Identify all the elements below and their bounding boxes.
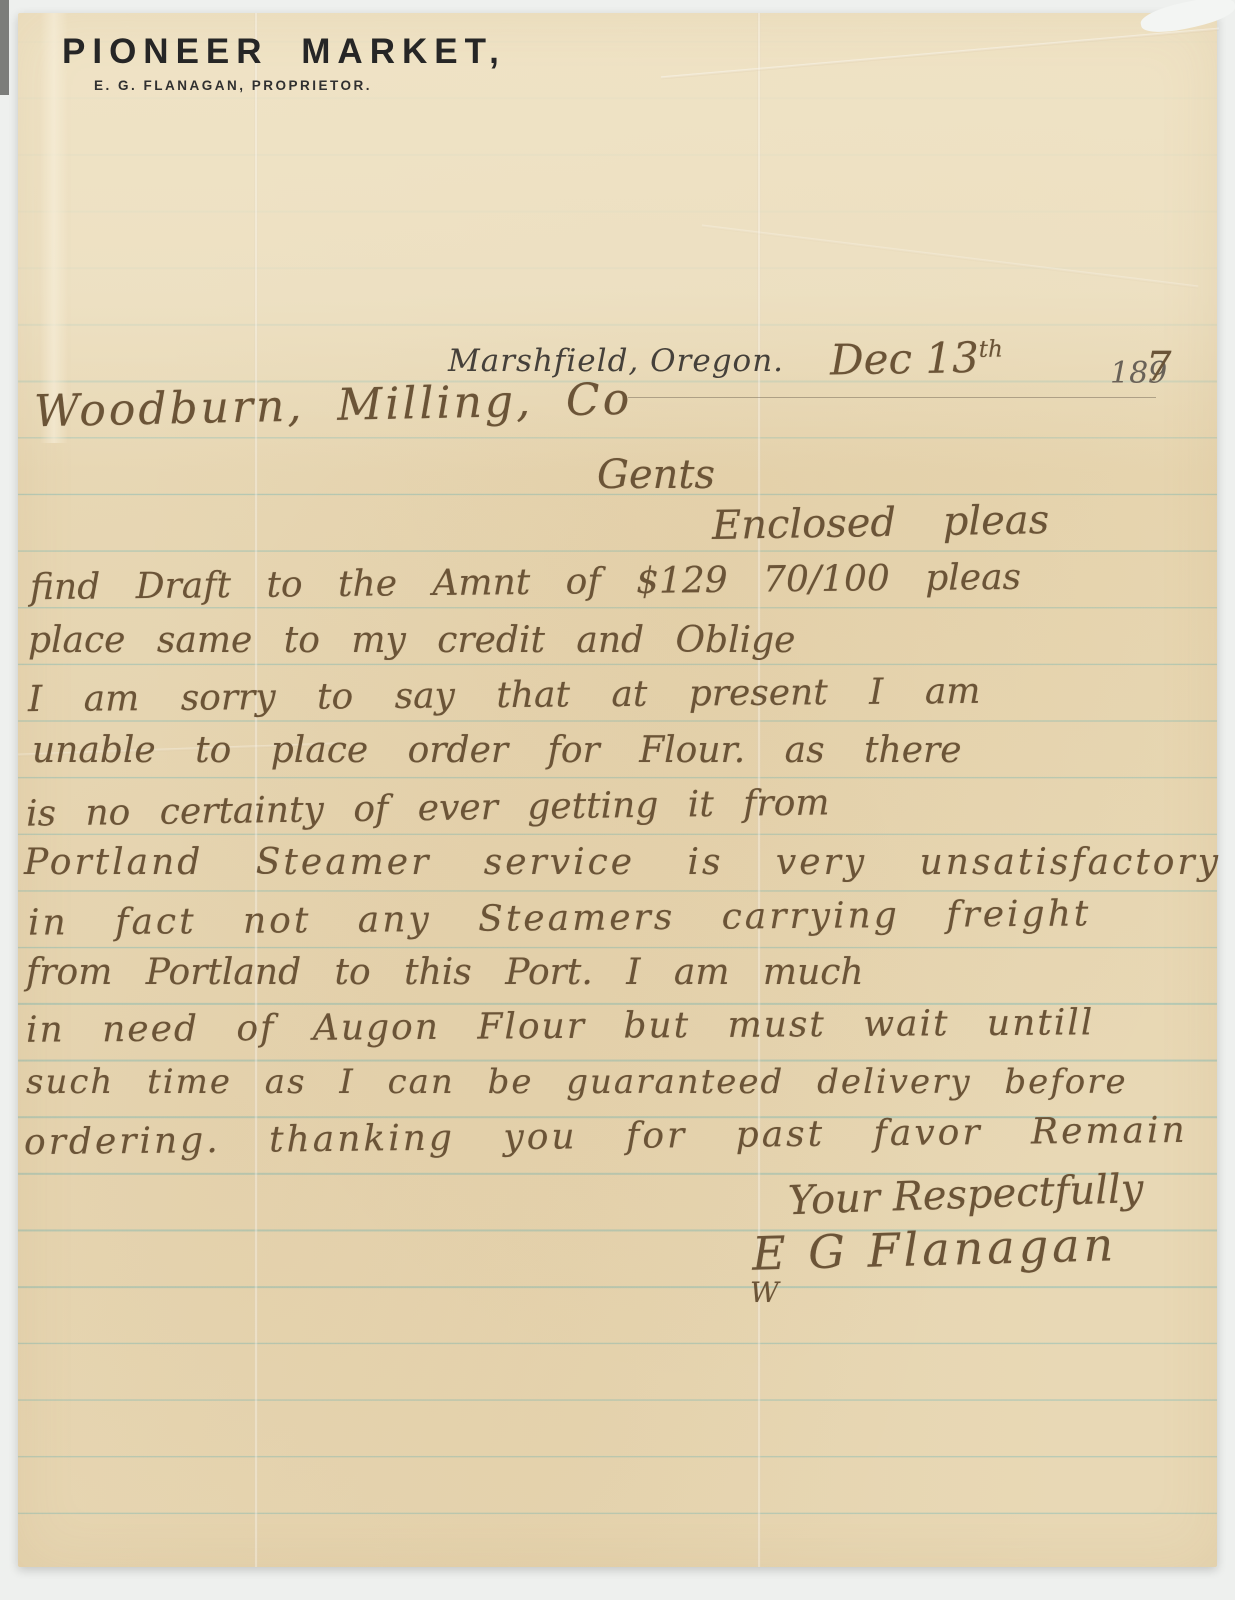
handwritten-line: unable to place order for Flour. as ther… [32, 730, 962, 771]
letterhead-proprietor-line: E. G. FLANAGAN, PROPRIETOR. [94, 78, 372, 93]
handwritten-line: place same to my credit and Oblige [28, 620, 795, 661]
handwritten-line: Enclosed pleas [712, 497, 1050, 549]
handwritten-line: Portland Steamer service is very unsatis… [24, 842, 1221, 883]
dateline-date-handwritten: Dec 13th [830, 332, 1004, 384]
salutation: Gents [597, 452, 715, 498]
dateline-rule [628, 397, 1156, 398]
dateline-year-digit-handwritten: 7 [1146, 344, 1171, 390]
postscript-mark: W [750, 1276, 779, 1309]
dateline-ordinal: th [978, 336, 1003, 362]
letterhead-business-name: PIONEER MARKET, [62, 32, 506, 72]
handwritten-line: I am sorry to say that at present I am [28, 671, 981, 720]
signature: E G Flanagan [751, 1217, 1117, 1281]
handwritten-line: in need of Augon Flour but must wait unt… [26, 1002, 1095, 1050]
scanned-letter-page: PIONEER MARKET, E. G. FLANAGAN, PROPRIET… [0, 0, 1235, 1600]
scan-edge-sliver [0, 0, 9, 95]
handwritten-line: such time as I can be guaranteed deliver… [26, 1062, 1128, 1102]
handwritten-line: from Portland to this Port. I am much [26, 952, 864, 993]
